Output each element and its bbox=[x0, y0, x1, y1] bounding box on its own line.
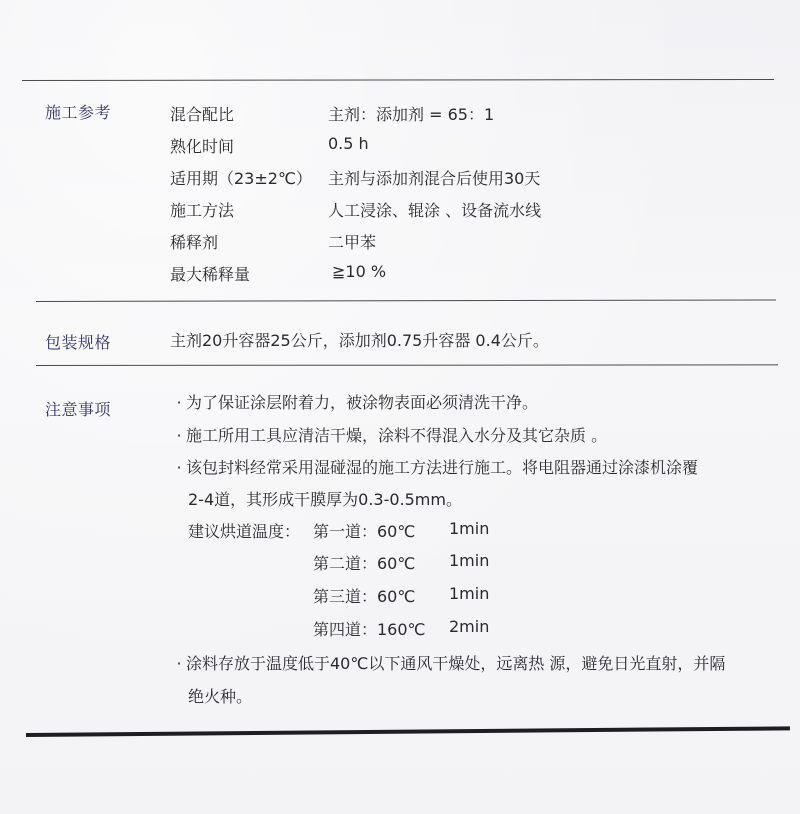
bullet-icon: · bbox=[172, 458, 186, 477]
note-item-2: ·施工所用工具应清洁干燥，涂料不得混入水分及其它杂质 。 bbox=[172, 423, 607, 446]
oven-stage-3: 第三道：60℃ bbox=[313, 584, 415, 607]
row-label-curing-time: 熟化时间 bbox=[170, 134, 234, 157]
row-value-application-method: 人工浸涂、辊涂 、设备流水线 bbox=[328, 198, 541, 221]
section-label-construction: 施工参考 bbox=[45, 100, 111, 123]
oven-stage-4: 第四道：160℃ bbox=[313, 617, 426, 640]
note-item-4-continuation: 绝火种。 bbox=[188, 684, 252, 707]
row-value-max-dilution: ≧10 % bbox=[332, 262, 386, 281]
oven-stage-1: 第一道：60℃ bbox=[313, 519, 415, 542]
note-item-3-text: 该包封料经常采用湿碰湿的施工方法进行施工。将电阻器通过涂漆机涂覆 bbox=[186, 458, 698, 477]
note-item-3-continuation: 2-4道，其形成干膜厚为0.3-0.5mm。 bbox=[188, 487, 462, 510]
oven-time-4: 2min bbox=[449, 617, 489, 636]
section-label-notes: 注意事项 bbox=[45, 397, 111, 420]
oven-time-1: 1min bbox=[449, 519, 489, 538]
top-divider bbox=[22, 79, 774, 81]
row-label-application-method: 施工方法 bbox=[170, 198, 234, 221]
oven-time-3: 1min bbox=[449, 584, 489, 603]
oven-stage-2: 第二道：60℃ bbox=[313, 551, 415, 574]
row-value-thinner: 二甲苯 bbox=[328, 230, 376, 253]
note-item-4-text: 涂料存放于温度低于40℃以下通风干燥处，远离热 源，避免日光直射，并隔 bbox=[186, 654, 725, 673]
row-label-pot-life: 适用期（23±2℃） bbox=[170, 166, 312, 189]
row-label-max-dilution: 最大稀释量 bbox=[170, 262, 250, 285]
section-divider-packaging bbox=[36, 299, 776, 302]
packaging-text: 主剂20升容器25公斤，添加剂0.75升容器 0.4公斤。 bbox=[170, 328, 549, 351]
section-label-packaging: 包装规格 bbox=[45, 330, 111, 353]
note-item-1: ·为了保证涂层附着力，被涂物表面必须清洗干净。 bbox=[172, 390, 538, 413]
section-divider-notes bbox=[36, 364, 778, 366]
note-item-2-text: 施工所用工具应清洁干燥，涂料不得混入水分及其它杂质 。 bbox=[186, 426, 607, 445]
note-item-3: ·该包封料经常采用湿碰湿的施工方法进行施工。将电阻器通过涂漆机涂覆 bbox=[172, 455, 698, 478]
oven-temp-label: 建议烘道温度： bbox=[188, 519, 300, 542]
bottom-divider bbox=[26, 726, 790, 736]
bullet-icon: · bbox=[172, 426, 186, 445]
row-value-pot-life: 主剂与添加剂混合后使用30天 bbox=[328, 166, 540, 189]
bullet-icon: · bbox=[172, 654, 186, 673]
row-value-curing-time: 0.5 h bbox=[328, 134, 369, 153]
oven-time-2: 1min bbox=[449, 551, 489, 570]
bullet-icon: · bbox=[172, 393, 186, 412]
document-page: 施工参考 混合配比 主剂：添加剂 = 65：1 熟化时间 0.5 h 适用期（2… bbox=[0, 0, 800, 814]
note-item-4: ·涂料存放于温度低于40℃以下通风干燥处，远离热 源，避免日光直射，并隔 bbox=[172, 651, 725, 674]
row-label-thinner: 稀释剂 bbox=[170, 230, 218, 253]
row-label-mix-ratio: 混合配比 bbox=[170, 102, 234, 125]
row-value-mix-ratio: 主剂：添加剂 = 65：1 bbox=[328, 102, 494, 125]
note-item-1-text: 为了保证涂层附着力，被涂物表面必须清洗干净。 bbox=[186, 393, 538, 412]
